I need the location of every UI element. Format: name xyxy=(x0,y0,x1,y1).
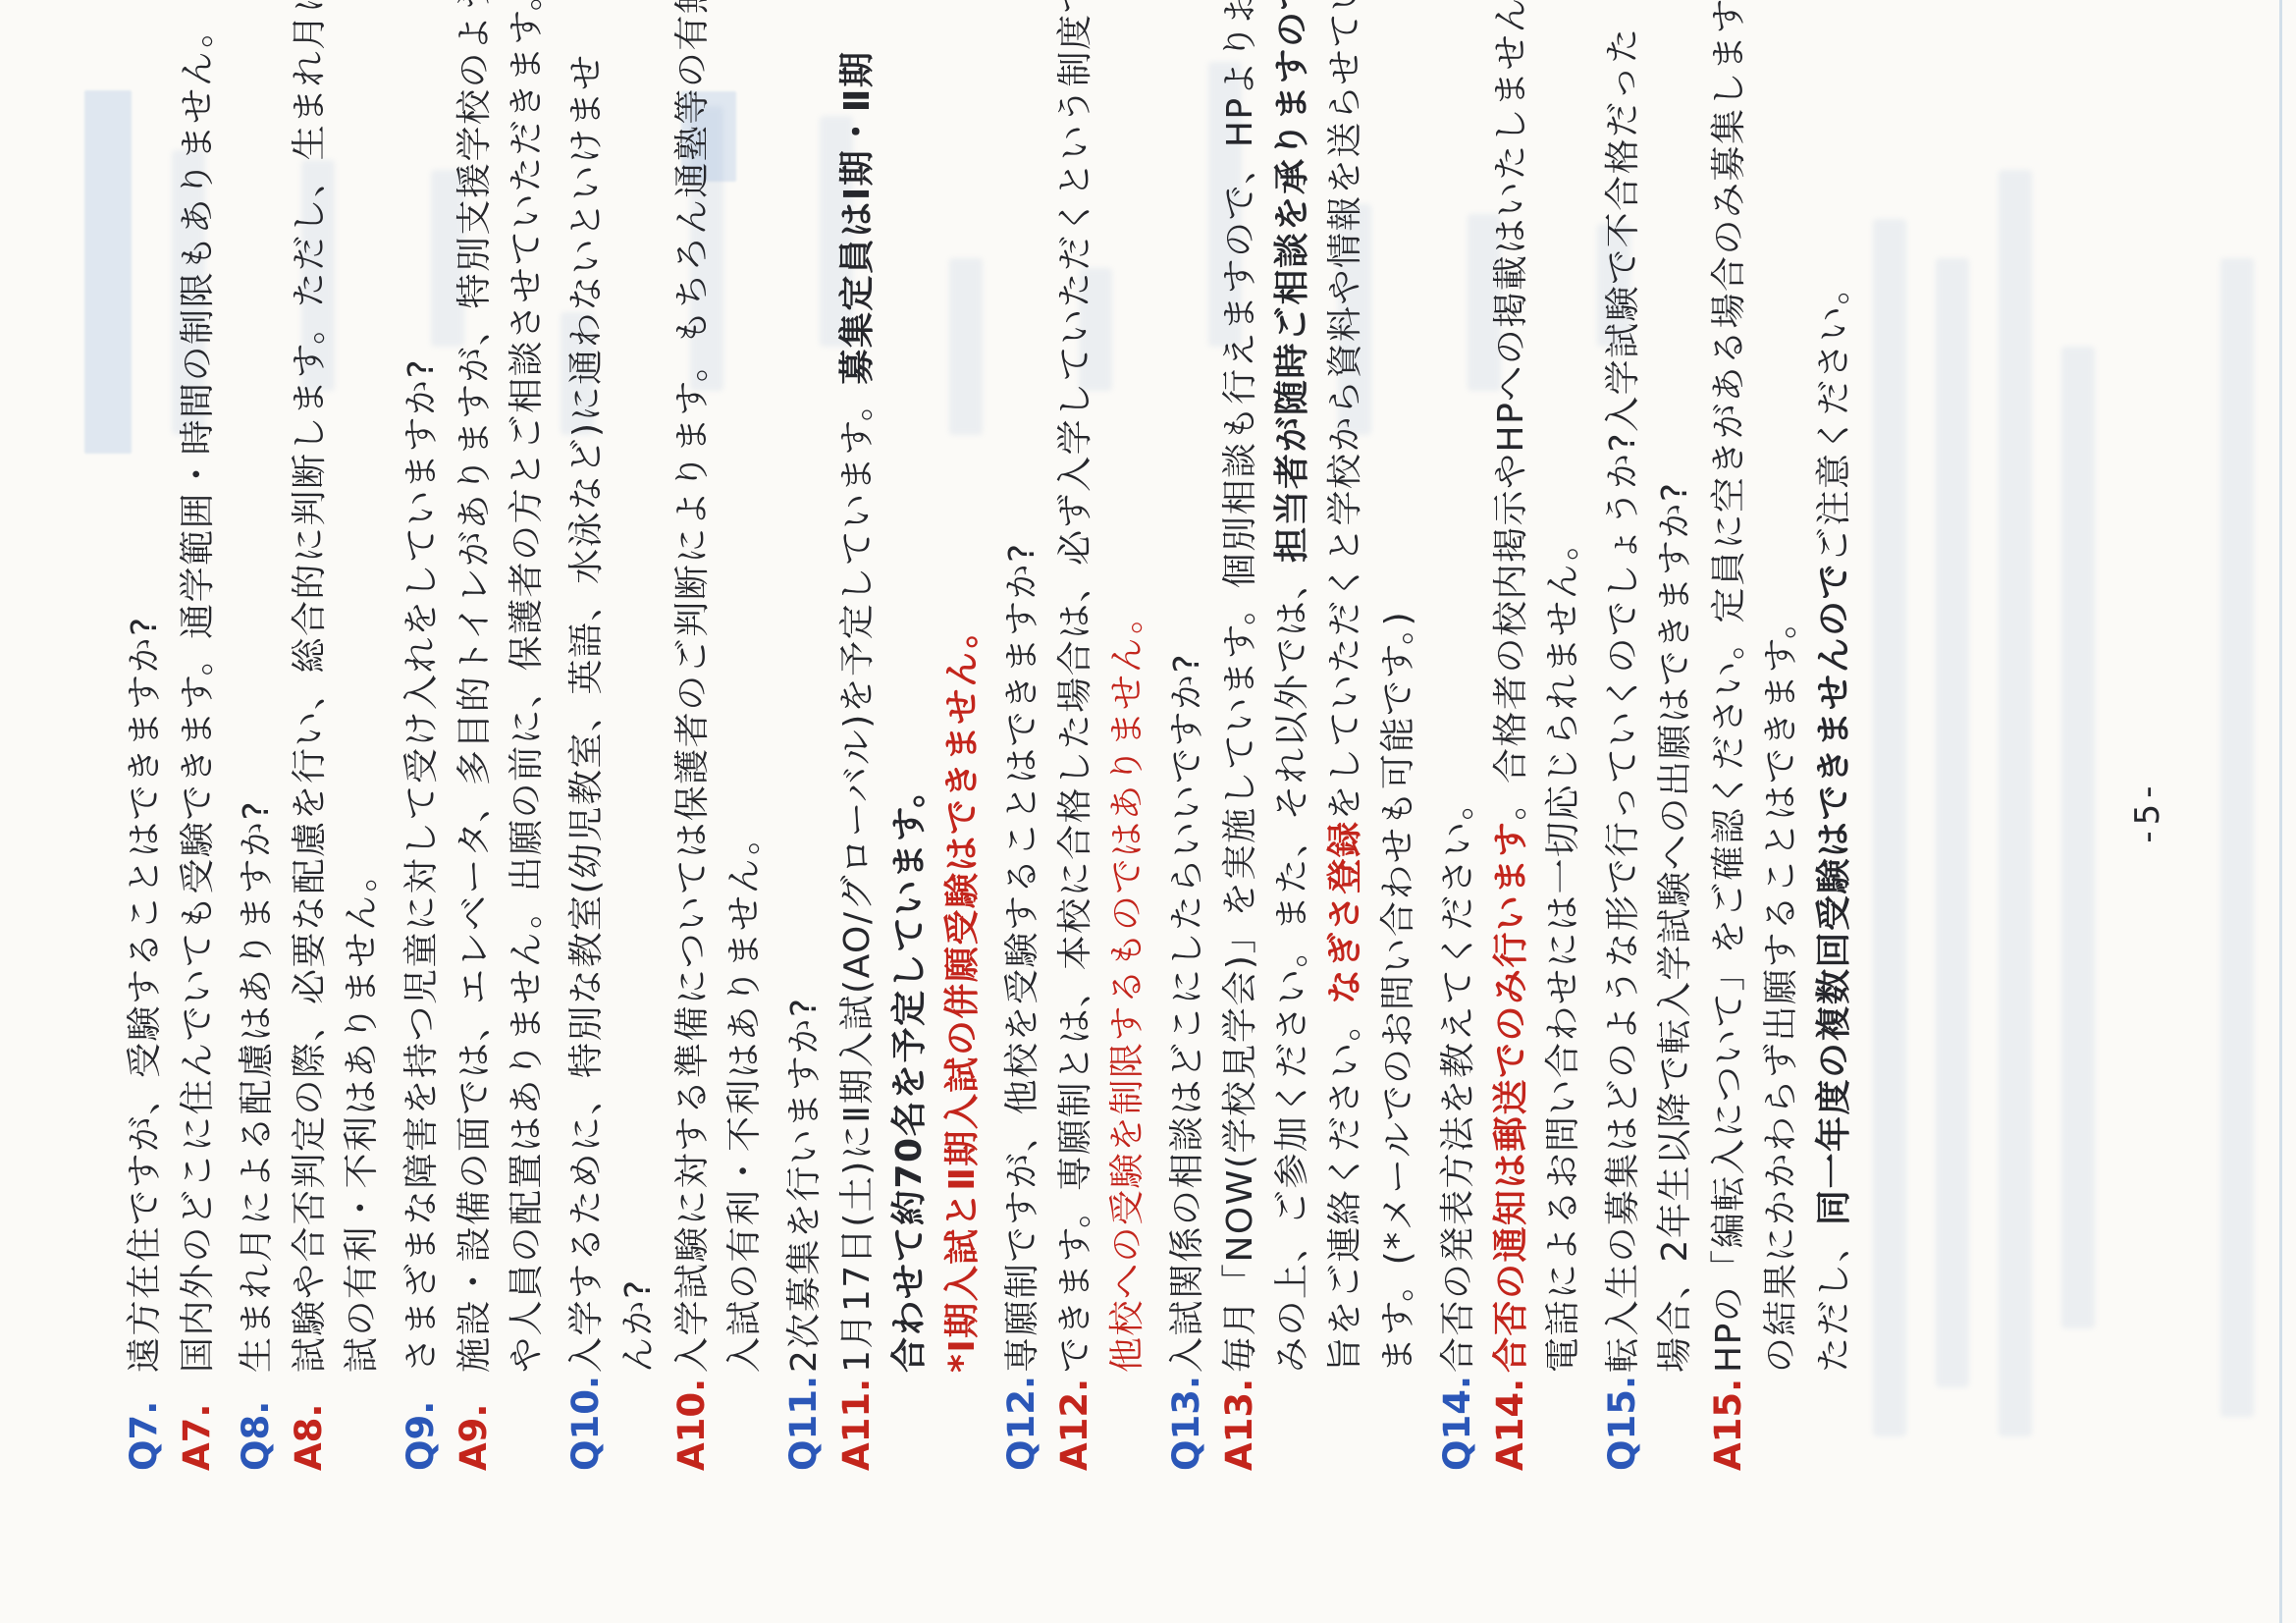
qa-label: Q15. xyxy=(1596,1373,1649,1471)
qa-text-segment: 専願制ですが、他校を受験することはできますか? xyxy=(1002,542,1042,1373)
qa-text-segment: さまざまな障害を持つ児童に対して受け入れをしていますか? xyxy=(401,358,442,1373)
qa-text-segment: 施設・設備の面では、エレベータ、多目的トイレがありますが、特別支援学校のような設… xyxy=(454,0,495,1373)
qa-line: Q14.合否の発表方法を教えてください。 xyxy=(1431,67,1484,1471)
qa-entry-q13: Q13.入試関係の相談はどこにしたらいいですか? xyxy=(1160,67,1213,1471)
qa-text-segment: 2次募集を行いますか? xyxy=(784,997,825,1373)
qa-label: A11. xyxy=(830,1373,883,1471)
qa-entry-q7: Q7.遠方在住ですが、受験することはできますか? xyxy=(118,67,171,1471)
qa-label: A7. xyxy=(171,1373,224,1471)
qa-text-segment: 旨をご連絡ください。 xyxy=(1325,1004,1365,1373)
qa-line: Q10.入学するために、特別な教室(幼児教室、英語、水泳など)に通わないといけま… xyxy=(560,67,613,1471)
qa-entry-a8: A8.試験や合否判定の際、必要な配慮を行い、総合的に判断します。ただし、生まれ月… xyxy=(283,67,389,1471)
qa-text-segment: 国内外のどこに住んでいても受験できます。通学範囲・時間の制限もありません。 xyxy=(178,11,218,1373)
qa-text-segment: 毎月「NOW(学校見学会)」を実施しています。個別相談も行えますので、HPよりお… xyxy=(1220,0,1260,1373)
qa-entry-q14: Q14.合否の発表方法を教えてください。 xyxy=(1431,67,1484,1471)
qa-line: 試の有利・不利はありません。 xyxy=(336,67,389,1471)
qa-label: Q14. xyxy=(1431,1373,1484,1471)
qa-text-segment: 募集定員はⅠ期・Ⅱ期 xyxy=(837,51,878,385)
qa-text-segment: 電話によるお問い合わせには一切応じられません。 xyxy=(1543,523,1583,1373)
qa-label: A9. xyxy=(448,1373,501,1471)
showthrough-mark xyxy=(1873,219,1906,1436)
qa-entry-a11: A11.1月17日(土)にⅡ期入試(AO/グローバル)を予定しています。募集定員… xyxy=(830,67,989,1471)
qa-line: Q9.さまざまな障害を持つ児童に対して受け入れをしていますか? xyxy=(395,67,448,1471)
qa-entry-q15: Q15.転入生の募集はどのような形で行っていくのでしょうか?入学試験で不合格だっ… xyxy=(1596,67,1702,1471)
qa-label: A12. xyxy=(1048,1373,1101,1471)
qa-line: 電話によるお問い合わせには一切応じられません。 xyxy=(1537,67,1590,1471)
qa-line: 合わせて約70名を予定しています。 xyxy=(883,67,936,1471)
qa-line: みの上、ご参加ください。また、それ以外では、担当者が随時ご相談を承りますので、そ… xyxy=(1266,67,1319,1471)
qa-line: A13.毎月「NOW(学校見学会)」を実施しています。個別相談も行えますので、H… xyxy=(1213,67,1266,1471)
qa-line: *Ⅰ期入試とⅡ期入試の併願受験はできません。 xyxy=(936,67,989,1471)
qa-line: 他校への受験を制限するものではありません。 xyxy=(1101,67,1154,1471)
showthrough-mark xyxy=(2061,347,2095,1328)
qa-label: A14. xyxy=(1484,1373,1537,1471)
qa-entry-a9: A9.施設・設備の面では、エレベータ、多目的トイレがありますが、特別支援学校のよ… xyxy=(448,67,554,1471)
qa-text-segment: 試の有利・不利はありません。 xyxy=(342,855,382,1373)
qa-text-segment: 他校への受験を制限するものではありません。 xyxy=(1107,597,1148,1373)
showthrough-mark xyxy=(1936,258,1969,1387)
showthrough-mark xyxy=(1999,170,2032,1436)
qa-label: A13. xyxy=(1213,1373,1266,1471)
qa-label: A10. xyxy=(666,1373,719,1471)
qa-text-segment: の結果にかかわらず出願することはできます。 xyxy=(1761,602,1801,1373)
qa-text-segment: ます。(*メールでのお問い合わせも可能です。) xyxy=(1378,611,1418,1373)
qa-section: Q7.遠方在住ですが、受験することはできますか?A7.国内外のどこに住んでいても… xyxy=(118,67,1861,1471)
document-page: Q7.遠方在住ですが、受験することはできますか?A7.国内外のどこに住んでいても… xyxy=(0,0,2296,1623)
qa-text-segment: *Ⅰ期入試とⅡ期入試の併願受験はできません。 xyxy=(942,612,983,1373)
qa-text-segment: 入試関係の相談はどこにしたらいいですか? xyxy=(1167,653,1207,1373)
qa-entry-q12: Q12.専願制ですが、他校を受験することはできますか? xyxy=(995,67,1048,1471)
qa-label: Q9. xyxy=(395,1373,448,1471)
qa-text-segment: HPの「編転入について」をご確認ください。定員に空きがある場合のみ募集しますが、… xyxy=(1709,0,1749,1373)
qa-entry-a15: A15.HPの「編転入について」をご確認ください。定員に空きがある場合のみ募集し… xyxy=(1702,67,1861,1471)
qa-text-segment: 遠方在住ですが、受験することはできますか? xyxy=(125,616,165,1373)
qa-text-segment: なぎさ登録 xyxy=(1325,820,1365,1004)
qa-label: A8. xyxy=(283,1373,336,1471)
qa-text-segment: みの上、ご参加ください。また、それ以外では、 xyxy=(1272,563,1312,1373)
qa-text-segment: 1月17日(土)にⅡ期入試(AO/グローバル)を予定しています。 xyxy=(837,385,878,1373)
qa-label: Q10. xyxy=(560,1373,613,1471)
qa-line: 場合、2年生以降で転入学試験への出願はできますか? xyxy=(1649,67,1702,1471)
qa-text-segment: や人員の配置はありません。出願の前に、保護者の方とご相談させていただきます。 xyxy=(507,0,547,1373)
qa-text-segment: 入学するために、特別な教室(幼児教室、英語、水泳など)に通わないといけませ xyxy=(566,53,607,1373)
qa-line: A15.HPの「編転入について」をご確認ください。定員に空きがある場合のみ募集し… xyxy=(1702,67,1755,1471)
showthrough-mark xyxy=(2220,258,2254,1417)
qa-line: Q15.転入生の募集はどのような形で行っていくのでしょうか?入学試験で不合格だっ… xyxy=(1596,67,1649,1471)
qa-line: A10.入学試験に対する準備については保護者のご判断によります。もちろん通塾等の… xyxy=(666,67,719,1471)
qa-entry-a10: A10.入学試験に対する準備については保護者のご判断によります。もちろん通塾等の… xyxy=(666,67,772,1471)
qa-text-segment: 担当者が随時ご相談を承りますので xyxy=(1272,0,1312,563)
scanned-page: Q7.遠方在住ですが、受験することはできますか?A7.国内外のどこに住んでいても… xyxy=(0,0,2296,1623)
qa-line: や人員の配置はありません。出願の前に、保護者の方とご相談させていただきます。 xyxy=(501,67,554,1471)
qa-text-segment: 試験や合否判定の際、必要な配慮を行い、総合的に判断します。ただし、生まれ月による… xyxy=(290,0,330,1373)
qa-entry-q11: Q11.2次募集を行いますか? xyxy=(777,67,830,1471)
qa-text-segment: 。合格者の校内掲示やHPへの掲載はいたしません。また、 xyxy=(1491,0,1531,820)
qa-text-segment: 合わせて約70名を予定しています。 xyxy=(889,771,930,1373)
qa-text-segment: 場合、2年生以降で転入学試験への出願はできますか? xyxy=(1655,481,1695,1373)
qa-line: A14.合否の通知は郵送でのみ行います。合格者の校内掲示やHPへの掲載はいたしま… xyxy=(1484,67,1537,1471)
qa-text-segment: をしていただくと学校から資料や情報を送らせていただき xyxy=(1325,0,1365,820)
qa-text-segment: 同一年度の複数回受験はできませんので xyxy=(1814,563,1854,1225)
qa-label: A15. xyxy=(1702,1373,1755,1471)
qa-line: A8.試験や合否判定の際、必要な配慮を行い、総合的に判断します。ただし、生まれ月… xyxy=(283,67,336,1471)
qa-text-segment: ご注意ください。 xyxy=(1814,268,1854,563)
qa-label: Q12. xyxy=(995,1373,1048,1471)
qa-text-segment: 合否の通知は郵送でのみ行います xyxy=(1491,820,1531,1373)
qa-label: Q11. xyxy=(777,1373,830,1471)
qa-entry-q10: Q10.入学するために、特別な教室(幼児教室、英語、水泳など)に通わないといけま… xyxy=(560,67,666,1471)
qa-entry-a13: A13.毎月「NOW(学校見学会)」を実施しています。個別相談も行えますので、H… xyxy=(1213,67,1425,1471)
qa-line: A9.施設・設備の面では、エレベータ、多目的トイレがありますが、特別支援学校のよ… xyxy=(448,67,501,1471)
qa-line: の結果にかかわらず出願することはできます。 xyxy=(1755,67,1808,1471)
qa-entry-a7: A7.国内外のどこに住んでいても受験できます。通学範囲・時間の制限もありません。 xyxy=(171,67,224,1471)
qa-text-segment: ただし、 xyxy=(1814,1225,1854,1373)
qa-label: Q13. xyxy=(1160,1373,1213,1471)
qa-line: Q12.専願制ですが、他校を受験することはできますか? xyxy=(995,67,1048,1471)
scan-edge-line xyxy=(2279,0,2282,1623)
qa-text-segment: んか? xyxy=(618,1278,659,1373)
qa-line: 旨をご連絡ください。なぎさ登録をしていただくと学校から資料や情報を送らせていただ… xyxy=(1319,67,1372,1471)
qa-line: んか? xyxy=(613,67,666,1471)
qa-line: Q13.入試関係の相談はどこにしたらいいですか? xyxy=(1160,67,1213,1471)
qa-text-segment: 合否の発表方法を教えてください。 xyxy=(1438,784,1478,1373)
qa-entry-q8: Q8.生まれ月による配慮はありますか? xyxy=(230,67,283,1471)
qa-text-segment: 生まれ月による配慮はありますか? xyxy=(237,800,277,1373)
qa-line: A12.できます。専願制とは、本校に合格した場合は、必ず入学していただくという制… xyxy=(1048,67,1101,1471)
qa-line: Q11.2次募集を行いますか? xyxy=(777,67,830,1471)
qa-line: A7.国内外のどこに住んでいても受験できます。通学範囲・時間の制限もありません。 xyxy=(171,67,224,1471)
qa-entry-a14: A14.合否の通知は郵送でのみ行います。合格者の校内掲示やHPへの掲載はいたしま… xyxy=(1484,67,1590,1471)
qa-text-segment: できます。専願制とは、本校に合格した場合は、必ず入学していただくという制度であり… xyxy=(1055,0,1095,1373)
page-number: -5- xyxy=(2128,0,2167,1623)
qa-entry-q9: Q9.さまざまな障害を持つ児童に対して受け入れをしていますか? xyxy=(395,67,448,1471)
qa-text-segment: 転入生の募集はどのような形で行っていくのでしょうか?入学試験で不合格だった xyxy=(1603,27,1643,1373)
qa-label: Q8. xyxy=(230,1373,283,1471)
qa-line: Q7.遠方在住ですが、受験することはできますか? xyxy=(118,67,171,1471)
qa-text-segment: 入試の有利・不利はありません。 xyxy=(724,818,765,1373)
qa-label: Q7. xyxy=(118,1373,171,1471)
qa-line: ただし、同一年度の複数回受験はできませんのでご注意ください。 xyxy=(1808,67,1861,1471)
qa-line: 入試の有利・不利はありません。 xyxy=(719,67,772,1471)
qa-line: A11.1月17日(土)にⅡ期入試(AO/グローバル)を予定しています。募集定員… xyxy=(830,67,883,1471)
qa-entry-a12: A12.できます。専願制とは、本校に合格した場合は、必ず入学していただくという制… xyxy=(1048,67,1154,1471)
qa-line: ます。(*メールでのお問い合わせも可能です。) xyxy=(1372,67,1425,1471)
qa-text-segment: 入学試験に対する準備については保護者のご判断によります。もちろん通塾等の有無によ… xyxy=(672,0,713,1373)
qa-line: Q8.生まれ月による配慮はありますか? xyxy=(230,67,283,1471)
